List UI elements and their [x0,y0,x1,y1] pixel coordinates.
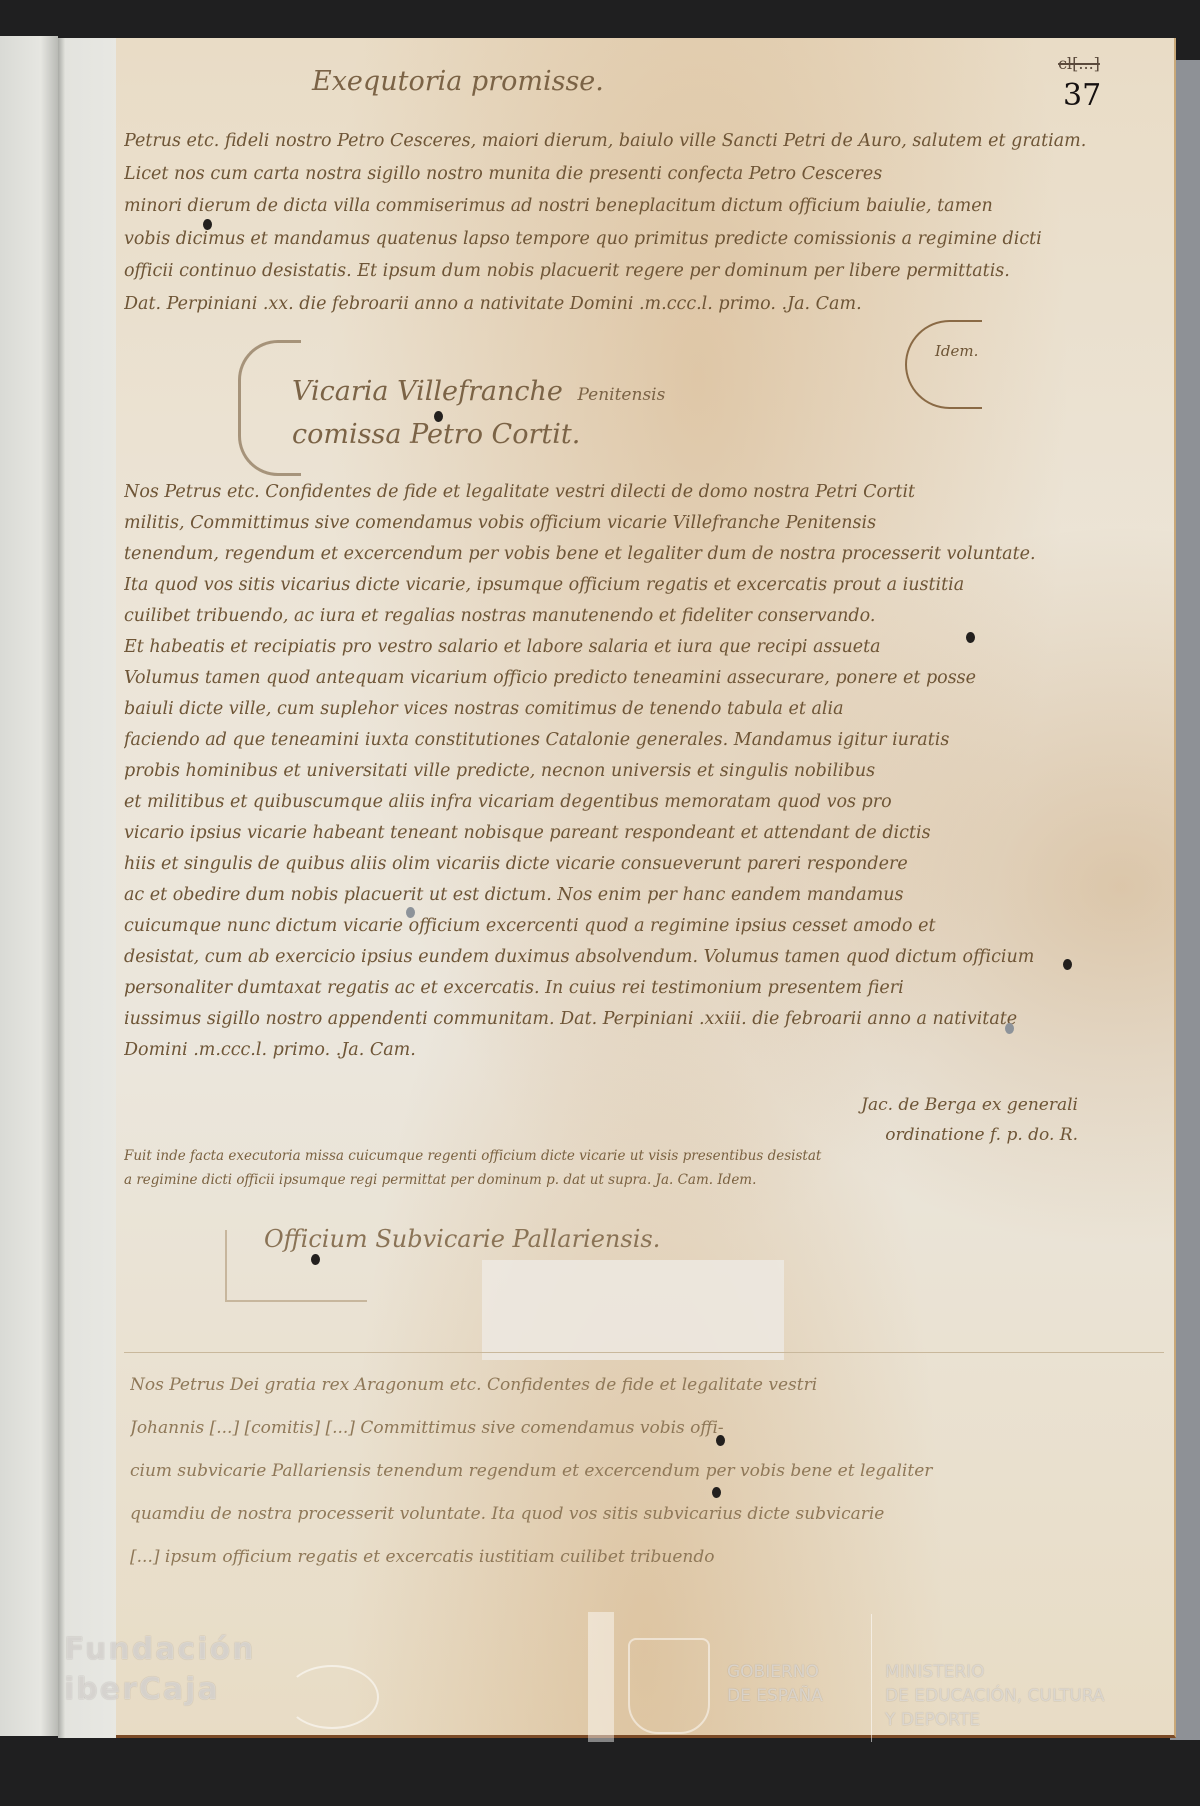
watermark-line: Y DEPORTE [885,1708,1105,1732]
notary-mark-text: Idem. [935,342,978,360]
text-line: quamdiu de nostra processerit voluntate.… [130,1493,1090,1536]
text-line: desistat, cum ab exercicio ipsius eundem… [124,942,1074,973]
section-heading-officium: Officium Subvicarie Pallariensis. [264,1225,660,1253]
text-line: Et habeatis et recipiatis pro vestro sal… [124,632,1074,663]
section-text-exequtoria: Petrus etc. fideli nostro Petro Cesceres… [124,125,1104,320]
gobierno-espana-watermark: GOBIERNO DE ESPAÑA [727,1660,823,1708]
text-line: minori dierum de dicta villa commiserimu… [124,190,1104,223]
text-line: Nos Petrus etc. Confidentes de fide et l… [124,477,1074,508]
wormhole-icon [406,907,415,918]
text-line: Licet nos cum carta nostra sigillo nostr… [124,158,1104,191]
watermark-line: iberCaja [64,1670,255,1710]
old-folio-number: cl[...] [1048,54,1110,73]
wormhole-icon [311,1254,320,1265]
text-line: Petrus etc. fideli nostro Petro Cesceres… [124,125,1104,158]
text-line: [...] ipsum officium regatis et excercat… [130,1536,1090,1579]
folio-number: 37 [1063,78,1101,113]
text-line: Domini .m.ccc.l. primo. .Ja. Cam. [124,1035,1074,1066]
section-heading-vicaria: Vicaria Villefranche Penitensis comissa … [292,372,665,455]
watermark-line: GOBIERNO [727,1660,823,1684]
wormhole-icon [966,632,975,643]
ruling-line [124,1352,1164,1353]
wormhole-icon [203,219,212,230]
text-line: Johannis [...] [comitis] [...] Committim… [130,1407,1090,1450]
text-line: Nos Petrus Dei gratia rex Aragonum etc. … [130,1364,1090,1407]
text-line: baiuli dicte ville, cum suplehor vices n… [124,694,1074,725]
section-heading-exequtoria: Exequtoria promisse. [312,66,604,97]
heading-line-1: Vicaria Villefranche [292,376,563,407]
text-line: Volumus tamen quod antequam vicarium off… [124,663,1074,694]
ministerio-watermark: MINISTERIO DE EDUCACIÓN, CULTURA Y DEPOR… [885,1660,1105,1732]
wormhole-icon [712,1487,721,1498]
heading-annotation: Penitensis [577,385,665,405]
watermark-divider [871,1614,872,1742]
spain-flag-bar-icon [588,1612,614,1742]
text-line: officii continuo desistatis. Et ipsum du… [124,255,1104,288]
section-text-officium: Nos Petrus Dei gratia rex Aragonum etc. … [130,1364,1090,1579]
text-line: iussimus sigillo nostro appendenti commu… [124,1004,1074,1035]
text-line: cuicumque nunc dictum vicarie officium e… [124,911,1074,942]
text-line: cium subvicarie Pallariensis tenendum re… [130,1450,1090,1493]
wormhole-icon [434,411,443,422]
ibercaja-logo-icon [285,1665,379,1729]
paper-repair-patch [482,1260,784,1360]
text-line: probis hominibus et universitati ville p… [124,756,1074,787]
wormhole-icon [716,1435,725,1446]
text-line: vicario ipsius vicarie habeant teneant n… [124,818,1074,849]
watermark-line: DE ESPAÑA [727,1684,823,1708]
text-line: vobis dicimus et mandamus quatenus lapso… [124,223,1104,256]
text-line: Ita quod vos sitis vicarius dicte vicari… [124,570,1074,601]
text-line: hiis et singulis de quibus aliis olim vi… [124,849,1074,880]
section-text-vicaria: Nos Petrus etc. Confidentes de fide et l… [124,477,1074,1066]
watermark-line: Fundación [64,1630,255,1670]
coat-of-arms-icon [628,1638,710,1734]
binding-guard-strip [58,38,118,1738]
text-line: personaliter dumtaxat regatis ac et exce… [124,973,1074,1004]
heading-line-2: comissa Petro Cortit. [292,415,665,455]
subscription-line: Jac. de Berga ex generali [778,1090,1078,1120]
text-line: faciendo ad que teneamini iuxta constitu… [124,725,1074,756]
text-line: cuilibet tribuendo, ac iura et regalias … [124,601,1074,632]
text-line: militis, Committimus sive comendamus vob… [124,508,1074,539]
wormhole-icon [1063,959,1072,970]
watermark-line: DE EDUCACIÓN, CULTURA [885,1684,1105,1708]
executoria-note: Fuit inde facta executoria missa cuicumq… [124,1144,1044,1192]
text-line: Dat. Perpiniani .xx. die febroarii anno … [124,288,1104,321]
facing-page-edge [0,36,58,1736]
fundacion-ibercaja-watermark: Fundación iberCaja [64,1630,255,1710]
watermark-line: MINISTERIO [885,1660,1105,1684]
text-line: tenendum, regendum et excercendum per vo… [124,539,1074,570]
scribe-subscription: Jac. de Berga ex generali ordinatione f.… [778,1090,1078,1150]
text-line: Fuit inde facta executoria missa cuicumq… [124,1144,1044,1168]
wormhole-icon [1005,1023,1014,1034]
text-line: a regimine dicti officii ipsumque regi p… [124,1168,1044,1192]
text-line: ac et obedire dum nobis placuerit ut est… [124,880,1074,911]
text-line: et militibus et quibuscumque aliis infra… [124,787,1074,818]
